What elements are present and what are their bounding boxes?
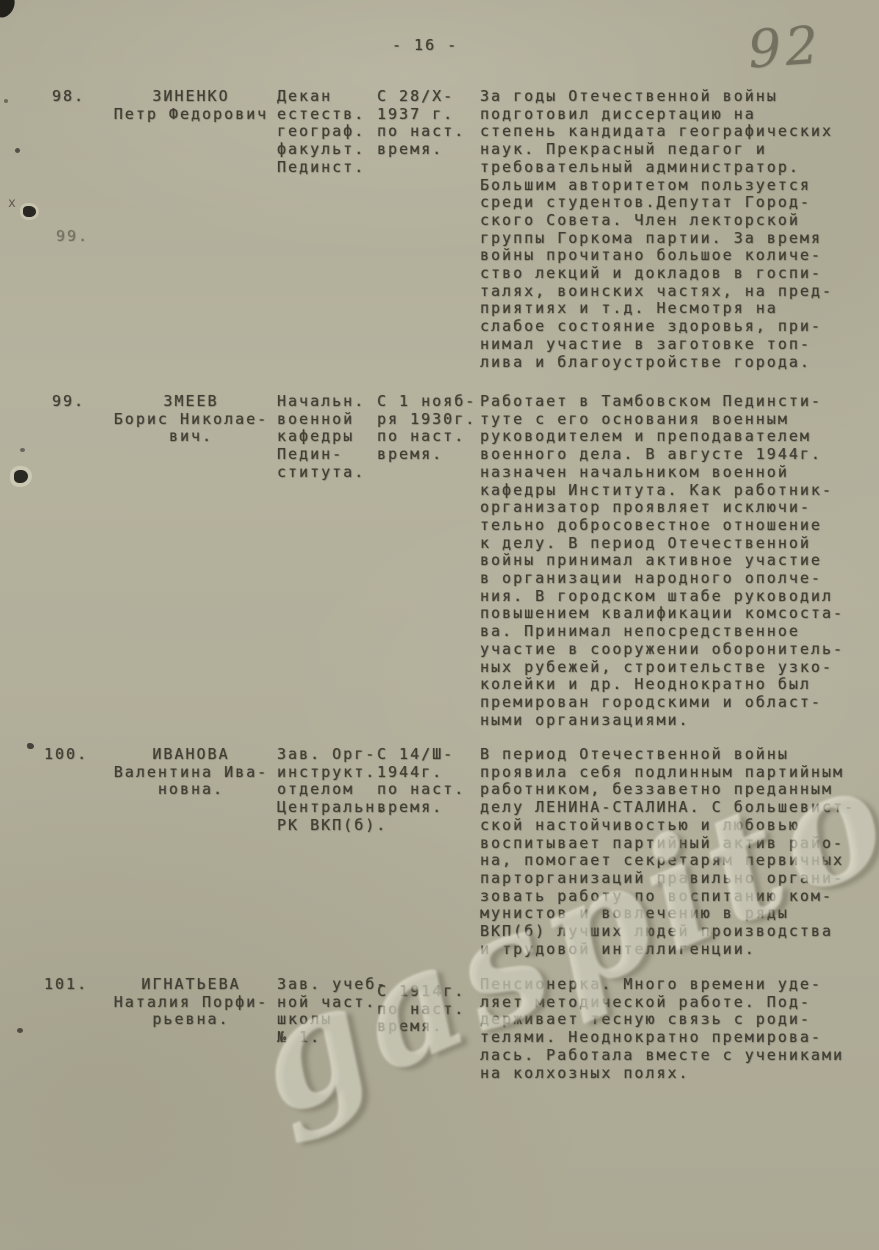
entry-number: 101.: [40, 976, 105, 1082]
scanned-document-page: - 16 - 92 99. 98. ЗИНЕНКО Петр Федорович…: [0, 0, 879, 1250]
entry-number: 100.: [40, 746, 105, 958]
paper-speck: [17, 1028, 23, 1033]
personnel-entry: 100. ИВАНОВА Валентина Ива- новна. Зав. …: [40, 746, 879, 958]
paper-corner-stain: [0, 0, 18, 21]
entry-characteristic: В период Отечественной войны проявила се…: [480, 746, 879, 958]
entry-characteristic: Работает в Тамбовском Пединсти- туте с е…: [480, 393, 879, 729]
paper-hole: [23, 206, 36, 217]
paper-speck: [4, 99, 8, 103]
paper-speck: [20, 448, 25, 452]
personnel-entry: 101. ИГНАТЬЕВА Наталия Порфи- рьевна. За…: [40, 976, 879, 1082]
paper-hole: [14, 470, 28, 483]
entry-characteristic: За годы Отечественной войны подготовил д…: [480, 88, 879, 371]
entry-service-period: С 14/Ш- 1944г. по наст. время.: [377, 746, 480, 958]
paper-speck: [15, 148, 20, 153]
entry-person-name: ЗМЕЕВ Борис Николае- вич.: [105, 393, 277, 729]
entry-position: Зав. учеб- ной част. школы № 1.: [277, 976, 377, 1082]
entry-service-period: С 28/Х- 1937 г. по наст. время.: [377, 88, 480, 371]
entry-position: Декан естеств. географ. факульт. Пединст…: [277, 88, 377, 371]
personnel-entry: 99. ЗМЕЕВ Борис Николае- вич. Начальн. в…: [40, 393, 879, 729]
entry-service-period: С 1 нояб- ря 1930г. по наст. время.: [377, 393, 480, 729]
paper-speck: [27, 743, 34, 749]
entry-characteristic: Пенсионерка. Много времени уде- ляет мет…: [480, 976, 879, 1082]
entry-service-period: С 1914г. по наст. время.: [377, 976, 480, 1082]
personnel-entry: 98. ЗИНЕНКО Петр Федорович Декан естеств…: [40, 88, 879, 371]
entry-number: 98.: [40, 88, 105, 371]
page-number: - 16 -: [392, 37, 458, 55]
entry-person-name: ЗИНЕНКО Петр Федорович: [105, 88, 277, 371]
handwritten-folio-number: 92: [746, 15, 824, 80]
entry-person-name: ИГНАТЬЕВА Наталия Порфи- рьевна.: [105, 976, 277, 1082]
entry-position: Зав. Орг- инструкт. отделом Центральн. Р…: [277, 746, 377, 958]
entry-position: Начальн. военной кафедры Педин- ститута.: [277, 393, 377, 729]
entry-number: 99.: [40, 393, 105, 729]
entry-person-name: ИВАНОВА Валентина Ива- новна.: [105, 746, 277, 958]
pencil-x-mark: x: [8, 196, 16, 211]
